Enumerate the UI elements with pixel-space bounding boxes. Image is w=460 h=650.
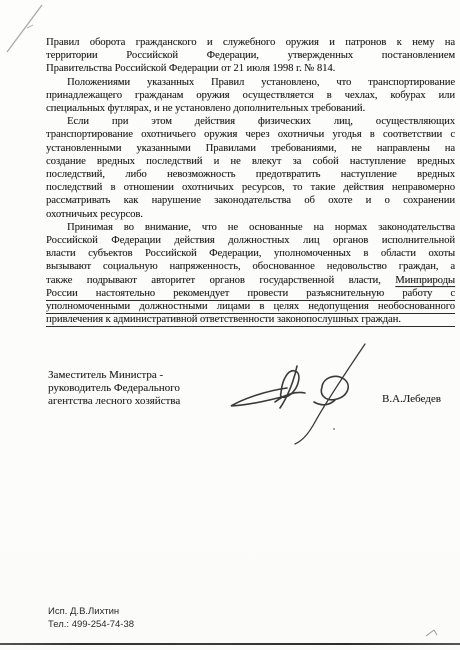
document-line: территории Российской Федерации, утвержд…: [46, 49, 455, 62]
signer-position-line: руководитель Федерального: [48, 382, 228, 395]
document-line: транспортирование охотничьего оружия чер…: [46, 128, 455, 141]
line-text: власти субъектов Российской Федерации, у…: [46, 248, 455, 259]
executor-name: Исп. Д.В.Лихтин: [48, 606, 134, 619]
line-text: принадлежащего гражданам оружия осуществ…: [46, 90, 455, 101]
document-line: специальных футлярах, и не установлено д…: [46, 102, 455, 115]
line-text: вызывают социальную напряженность, обосн…: [46, 261, 455, 272]
underlined-text: Минприроды: [395, 275, 455, 286]
executor-block: Исп. Д.В.Лихтин Тел.: 499-254-74-38: [48, 606, 134, 631]
signer-position: Заместитель Министра - руководитель Феде…: [48, 369, 228, 407]
line-text: Если при этом действия физических лиц, о…: [67, 116, 455, 127]
line-text: охотничьих ресурсов.: [46, 209, 143, 220]
line-text: Положениями указанных Правил установлено…: [67, 77, 455, 88]
document-line: последствий в отношении охотничьих ресур…: [46, 181, 455, 194]
line-text: создание вредных последствий и не влекут…: [46, 156, 455, 167]
executor-phone: Тел.: 499-254-74-38: [48, 619, 134, 632]
line-text: специальных футлярах, и не установлено д…: [46, 103, 365, 114]
signer-position-line: агентства лесного хозяйства: [48, 395, 228, 408]
document-line: Принимая во внимание, что не основанные …: [46, 221, 455, 234]
line-text: установленными указанными Правилами треб…: [46, 143, 455, 154]
line-text: последствий, либо невозможность предотвр…: [46, 169, 455, 180]
document-line: Правительства Российской Федерации от 21…: [46, 62, 455, 75]
line-text: Российской Федерации действия должностны…: [46, 235, 455, 246]
document-line: Российской Федерации действия должностны…: [46, 234, 455, 247]
signer-name: В.А.Лебедев: [382, 393, 441, 405]
document-line: власти субъектов Российской Федерации, у…: [46, 247, 455, 260]
document-line: уполномоченными должностными лицами в це…: [46, 300, 455, 314]
line-text: Принимая во внимание, что не основанные …: [67, 222, 455, 233]
document-line: охотничьих ресурсов.: [46, 208, 455, 221]
document-line: России настоятельно рекомендует провести…: [46, 287, 455, 301]
line-text: последствий в отношении охотничьих ресур…: [46, 182, 455, 193]
document-line: Положениями указанных Правил установлено…: [46, 76, 455, 89]
document-line: создание вредных последствий и не влекут…: [46, 155, 455, 168]
document-line: вызывают социальную напряженность, обосн…: [46, 260, 455, 273]
line-text: Правил оборота гражданского и служебного…: [46, 37, 455, 48]
line-text: также подрывают авторитет органов госуда…: [46, 275, 395, 286]
document-line: Если при этом действия физических лиц, о…: [46, 115, 455, 128]
document-line: также подрывают авторитет органов госуда…: [46, 274, 455, 287]
document-line: последствий, либо невозможность предотвр…: [46, 168, 455, 181]
document-line: рассматривать как нарушение законодатель…: [46, 194, 455, 207]
line-text: рассматривать как нарушение законодатель…: [46, 195, 455, 206]
letter-body: Правил оборота гражданского и служебного…: [46, 36, 455, 326]
scanned-letter-page: Правил оборота гражданского и служебного…: [0, 0, 460, 650]
line-text: территории Российской Федерации, утвержд…: [46, 50, 455, 61]
document-line: принадлежащего гражданам оружия осуществ…: [46, 89, 455, 102]
document-line: установленными указанными Правилами треб…: [46, 142, 455, 155]
document-line: Правил оборота гражданского и служебного…: [46, 36, 455, 49]
signer-position-line: Заместитель Министра -: [48, 369, 228, 382]
line-text: привлечения к административной ответстве…: [46, 314, 401, 325]
scan-speck-icon: [424, 627, 440, 639]
scan-edge-line: [0, 643, 460, 645]
document-line: привлечения к административной ответстве…: [46, 313, 455, 327]
line-text: Правительства Российской Федерации от 21…: [46, 63, 335, 74]
line-text: уполномоченными должностными лицами в це…: [46, 301, 455, 312]
line-text: транспортирование охотничьего оружия чер…: [46, 129, 455, 140]
line-text: России настоятельно рекомендует провести…: [46, 288, 455, 299]
